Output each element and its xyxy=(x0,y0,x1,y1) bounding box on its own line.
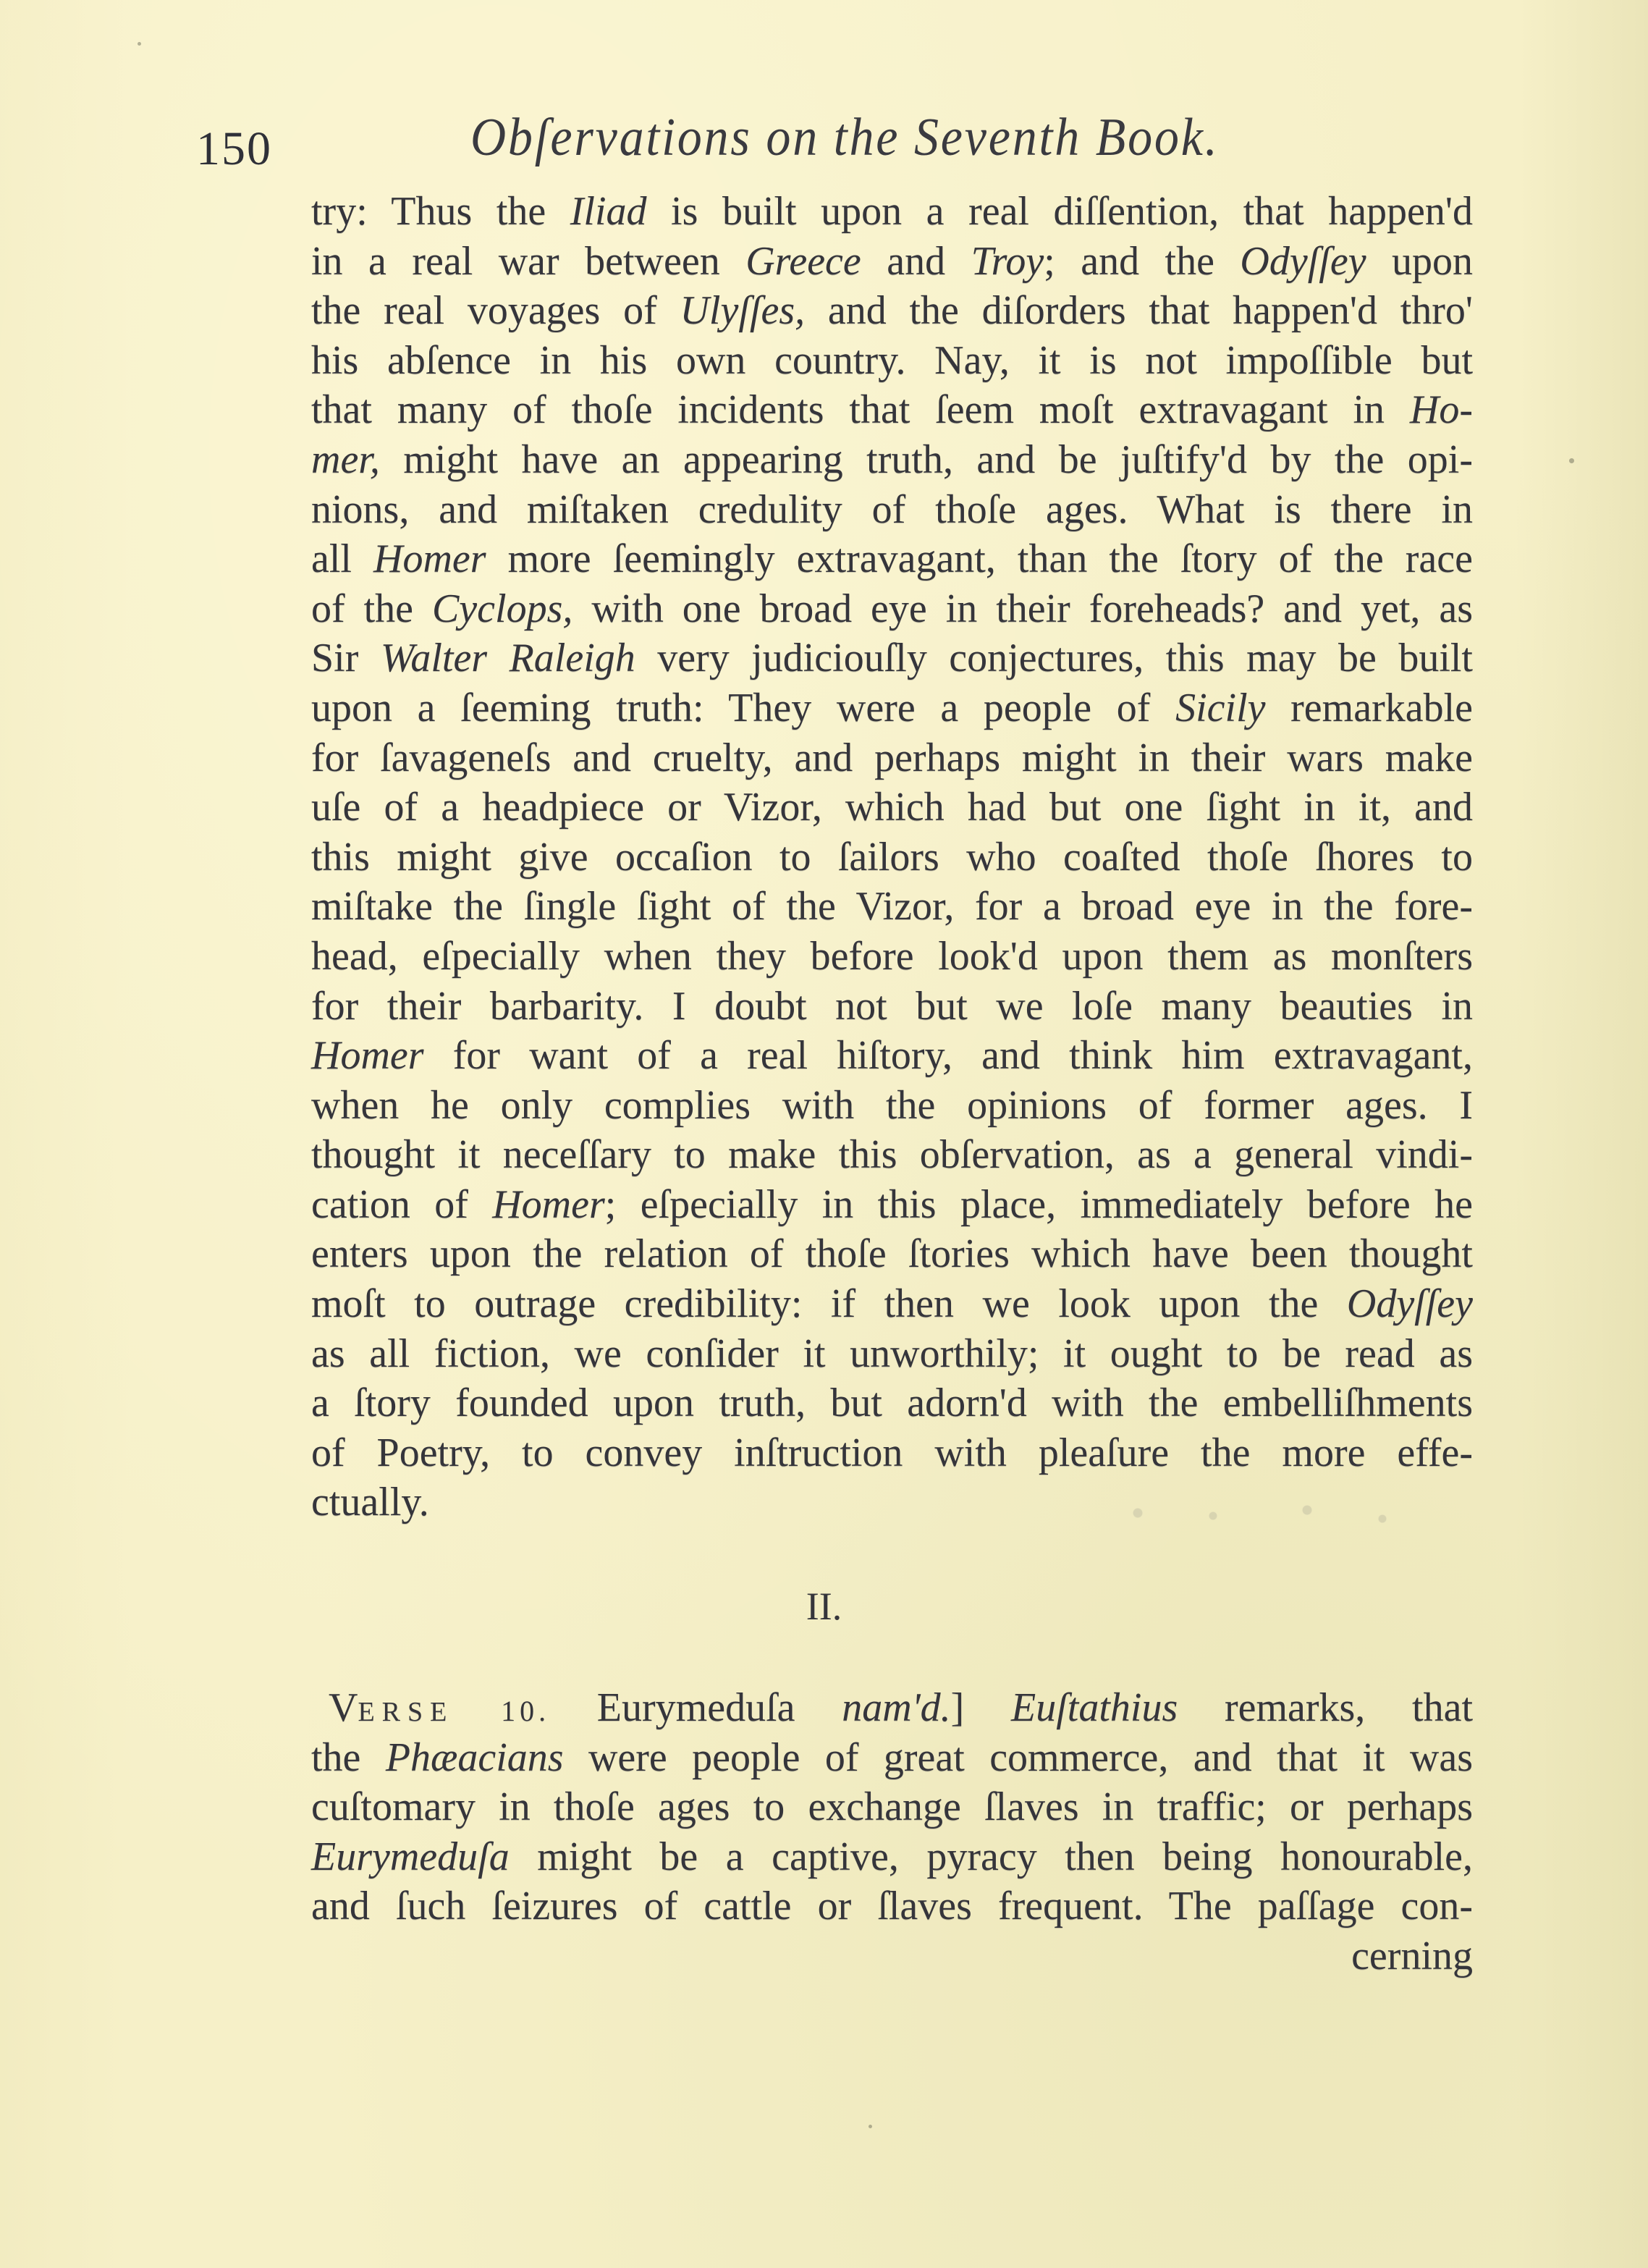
verse-reference: VERSE 10. Eurymeduſa nam'd.] xyxy=(329,1685,964,1730)
text-line: when he only complies with the opinions … xyxy=(311,1081,1473,1131)
lead-line: VERSE 10. Eurymeduſa nam'd.] Euſtathius … xyxy=(311,1683,1473,1733)
text-line: for ſavageneſs and cruelty, and perhaps … xyxy=(311,733,1473,783)
italic-run: Homer xyxy=(492,1182,605,1227)
text-run: were people of great commerce, and that … xyxy=(564,1735,1473,1780)
text-run: miſtake the ſingle ſight of the Vizor, f… xyxy=(311,884,1473,929)
text-run: when he only complies with the opinions … xyxy=(311,1083,1473,1128)
text-run: head, eſpecially when they before look'd… xyxy=(311,934,1473,979)
text-line: try: Thus the Iliad is built upon a real… xyxy=(311,187,1473,237)
text-line: this might give occaſion to ſailors who … xyxy=(311,832,1473,882)
paper-speck xyxy=(869,2125,872,2128)
text-run: upon a ſeeming truth: They were a people… xyxy=(311,686,1175,730)
text-line: cuſtomary in thoſe ages to exchange ſlav… xyxy=(311,1782,1473,1832)
text-run: for ſavageneſs and cruelty, and perhaps … xyxy=(311,735,1473,780)
text-run: the real voyages of xyxy=(311,288,680,333)
running-head-title: Obſervations on the Seventh Book. xyxy=(470,107,1219,169)
verse-number: 10. xyxy=(501,1695,550,1727)
text-run: and the diſorders that happen'd thro' xyxy=(805,288,1473,333)
italic-run: Homer xyxy=(311,1033,424,1078)
book-page: 150 Obſervations on the Seventh Book. tr… xyxy=(0,0,1648,2268)
text-line: mer, might have an appearing truth, and … xyxy=(311,435,1473,485)
italic-run: Ho- xyxy=(1410,387,1473,432)
text-run: moſt to outrage credibility: if then we … xyxy=(311,1281,1347,1326)
lemma-italic: nam'd. xyxy=(842,1685,950,1730)
text-run: this might give occaſion to ſailors who … xyxy=(311,835,1473,880)
italic-run: Eurymeduſa xyxy=(311,1834,510,1879)
text-run: nions, and miſtaken credulity of thoſe a… xyxy=(311,487,1473,532)
text-line: Homer for want of a real hiſtory, and th… xyxy=(311,1031,1473,1081)
text-run: his abſence in his own country. Nay, it … xyxy=(311,338,1473,383)
text-run: for their barbarity. I doubt not but we … xyxy=(311,984,1473,1029)
paper-speck xyxy=(138,42,141,46)
catchword: cerning xyxy=(311,1931,1473,1981)
page-number: 150 xyxy=(196,122,272,177)
text-run: ; and the xyxy=(1044,239,1240,284)
italic-run: Sicily xyxy=(1175,686,1265,730)
text-run: ; eſpecially in this place, immediately … xyxy=(605,1182,1473,1227)
paragraph-1: try: Thus the Iliad is built upon a real… xyxy=(311,187,1473,1527)
text-line: all Homer more ſeemingly extravagant, th… xyxy=(311,534,1473,584)
text-line: of the Cyclops, with one broad eye in th… xyxy=(311,584,1473,634)
text-run: very judiciouſly conjectures, this may b… xyxy=(635,636,1473,680)
text-line: Eurymeduſa might be a captive, pyracy th… xyxy=(311,1832,1473,1882)
text-run: uſe of a headpiece or Vizor, which had b… xyxy=(311,785,1473,830)
text-run: upon xyxy=(1366,239,1473,284)
italic-run: Odyſſey xyxy=(1240,239,1366,284)
text-line: Sir Walter Raleigh very judiciouſly conj… xyxy=(311,633,1473,683)
text-line: as all fiction, we conſider it unworthil… xyxy=(311,1329,1473,1379)
text-run: that many of thoſe incidents that ſeem m… xyxy=(311,387,1410,432)
text-run: thought it neceſſary to make this obſerv… xyxy=(311,1132,1473,1177)
paragraph-2: VERSE 10. Eurymeduſa nam'd.] Euſtathius … xyxy=(311,1683,1473,1981)
text-line: the Phæacians were people of great comme… xyxy=(311,1733,1473,1783)
running-head: 150 Obſervations on the Seventh Book. xyxy=(185,101,1487,174)
text-run: is built upon a real diſſention, that ha… xyxy=(647,189,1473,234)
text-line: the real voyages of Ulyſſes, and the diſ… xyxy=(311,286,1473,336)
text-line: for their barbarity. I doubt not but we … xyxy=(311,982,1473,1032)
italic-run: Ulyſſes, xyxy=(680,288,805,333)
text-run: might be a captive, pyracy then being ho… xyxy=(510,1834,1473,1879)
text-line: a ſtory founded upon truth, but adorn'd … xyxy=(311,1378,1473,1428)
italic-run: Euſtathius xyxy=(1011,1685,1178,1730)
text-line: of Poetry, to convey inſtruction with pl… xyxy=(311,1428,1473,1478)
italic-run: Walter Raleigh xyxy=(381,636,635,680)
text-line: nions, and miſtaken credulity of thoſe a… xyxy=(311,485,1473,535)
text-run: a ſtory founded upon truth, but adorn'd … xyxy=(311,1380,1473,1425)
text-line: in a real war between Greece and Troy; a… xyxy=(311,237,1473,287)
text-line: moſt to outrage credibility: if then we … xyxy=(311,1279,1473,1329)
text-run: cuſtomary in thoſe ages to exchange ſlav… xyxy=(311,1784,1473,1829)
text-run: the xyxy=(311,1735,386,1780)
text-run: for want of a real hiſtory, and think hi… xyxy=(424,1033,1473,1078)
paper-speck xyxy=(1569,458,1574,463)
text-run: remarks, that xyxy=(1178,1685,1473,1730)
italic-run: Odyſſey xyxy=(1347,1281,1473,1326)
verse-label-rest: ERSE xyxy=(358,1697,454,1727)
text-run xyxy=(964,1685,1011,1730)
text-run: of the xyxy=(311,586,432,631)
italic-run: Homer xyxy=(373,536,486,581)
text-run: of Poetry, to convey inſtruction with pl… xyxy=(311,1430,1473,1475)
text-run: and xyxy=(861,239,971,284)
text-run: more ſeemingly extravagant, than the ſto… xyxy=(486,536,1473,581)
text-run: cation of xyxy=(311,1182,492,1227)
lemma-roman: Eurymeduſa xyxy=(597,1685,795,1730)
italic-run: Greece xyxy=(745,239,861,284)
verse-label-initial: V xyxy=(329,1685,358,1730)
text-run: ctually. xyxy=(311,1480,429,1525)
section-numeral: II. xyxy=(0,1584,1648,1629)
text-run: Sir xyxy=(311,636,381,680)
text-run: remarkable xyxy=(1266,686,1474,730)
italic-run: Phæacians xyxy=(386,1735,564,1780)
text-line: that many of thoſe incidents that ſeem m… xyxy=(311,385,1473,435)
italic-run: mer, xyxy=(311,437,380,482)
text-line: head, eſpecially when they before look'd… xyxy=(311,932,1473,982)
text-run: and ſuch ſeizures of cattle or ſlaves fr… xyxy=(311,1884,1473,1928)
text-line: upon a ſeeming truth: They were a people… xyxy=(311,683,1473,733)
text-run: try: Thus the xyxy=(311,189,570,234)
text-line: miſtake the ſingle ſight of the Vizor, f… xyxy=(311,882,1473,932)
text-line: his abſence in his own country. Nay, it … xyxy=(311,336,1473,386)
text-run: all xyxy=(311,536,373,581)
text-run: as all fiction, we conſider it unworthil… xyxy=(311,1331,1473,1376)
text-line: and ſuch ſeizures of cattle or ſlaves fr… xyxy=(311,1881,1473,1931)
text-line: uſe of a headpiece or Vizor, which had b… xyxy=(311,783,1473,832)
text-run: in a real war between xyxy=(311,239,745,284)
italic-run: Troy xyxy=(971,239,1044,284)
italic-run: Iliad xyxy=(570,189,647,234)
text-run: with one broad eye in their foreheads? a… xyxy=(572,586,1473,631)
lemma-bracket: ] xyxy=(951,1685,965,1730)
text-run: enters upon the relation of thoſe ſtorie… xyxy=(311,1231,1473,1276)
italic-run: Cyclops, xyxy=(432,586,572,631)
text-line: cation of Homer; eſpecially in this plac… xyxy=(311,1180,1473,1230)
text-line: thought it neceſſary to make this obſerv… xyxy=(311,1130,1473,1180)
ink-bleed-through xyxy=(1100,1484,1476,1542)
text-run: might have an appearing truth, and be ju… xyxy=(380,437,1473,482)
text-line: enters upon the relation of thoſe ſtorie… xyxy=(311,1229,1473,1279)
